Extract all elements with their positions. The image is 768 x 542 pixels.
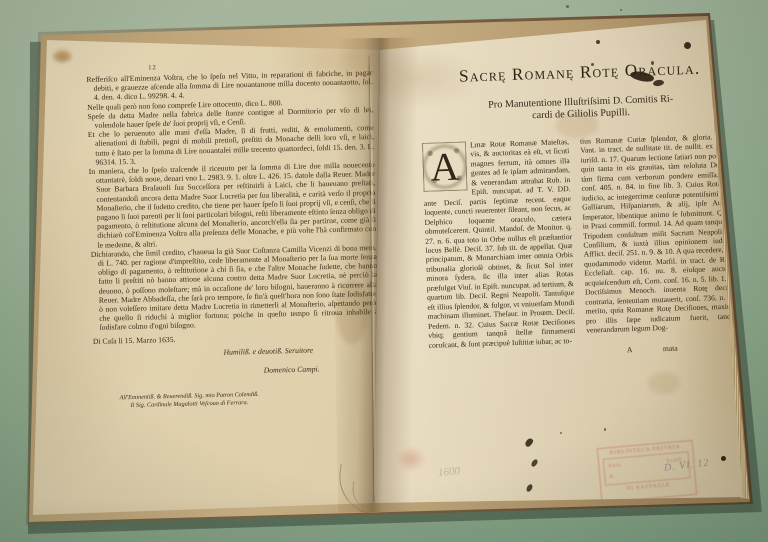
ink-speck (604, 428, 606, 431)
catchword: mata (663, 344, 678, 353)
left-column: ALmæ Rotæ Romanæ Maieſtas, vis, & auctor… (422, 137, 576, 350)
ink-droplet (530, 458, 539, 467)
table-speck (566, 5, 569, 8)
ink-droplet (525, 483, 533, 492)
photo-background: 12 Refferiſco all'Eminenza Voſtra, che l… (0, 0, 768, 542)
dedication-footnote: All'Eminentiß. & Reuerendiß. Sig. mio Pa… (96, 391, 282, 411)
gathering-signature: A (627, 345, 633, 354)
page-number: 12 (148, 63, 157, 72)
page-title: Sacrę Romanę Rotę Oracula. (419, 58, 739, 86)
stamp-field: N. (609, 473, 617, 480)
two-column-text: ALmæ Rotæ Romanæ Maieſtas, vis, & auctor… (422, 131, 749, 349)
foxing-spot (54, 50, 71, 62)
foxing-spot (648, 372, 680, 394)
ink-speck (560, 432, 562, 434)
page-subtitle: Pro Manutentione Illuſtriſsimi D. Comiti… (421, 91, 742, 126)
ink-speck (651, 61, 654, 65)
right-page-text-block: Sacrę Romanę Rotę Oracula. Pro Manutenti… (419, 43, 749, 362)
drop-cap-letter: A (422, 141, 468, 191)
ink-droplet (524, 437, 534, 448)
pencil-year-note: 1600 (438, 465, 461, 479)
ink-spot (684, 42, 691, 49)
gutter-shadow (330, 37, 430, 513)
wormhole (721, 456, 726, 461)
stamp-field: Sala (608, 463, 621, 470)
table-speck (620, 9, 622, 11)
woodcut-initial: A (422, 141, 468, 191)
ink-spot (596, 40, 600, 44)
ink-speck (591, 63, 594, 66)
